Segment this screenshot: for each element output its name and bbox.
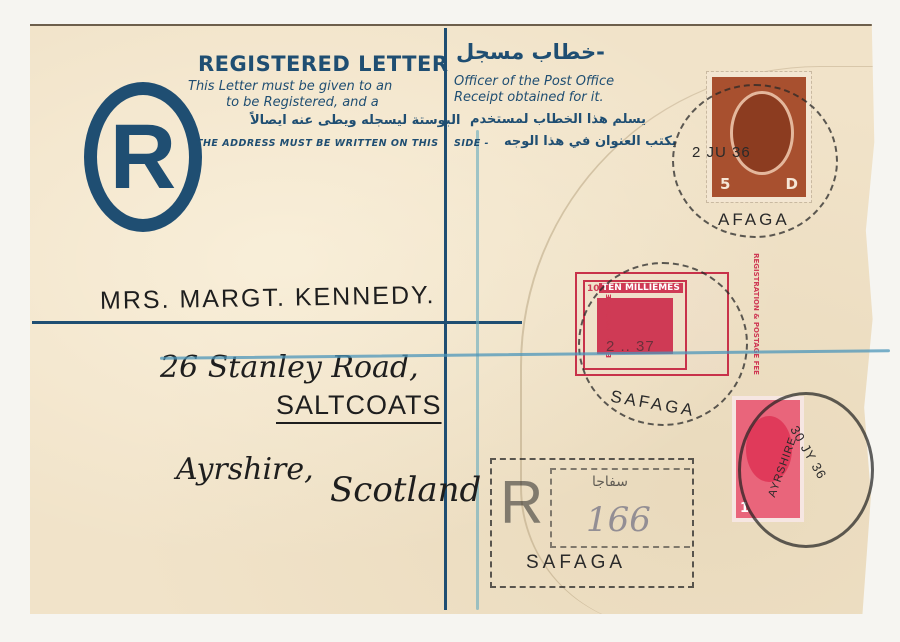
address-line — [32, 321, 522, 324]
indicium-fee-label: REGISTRATION & POSTAGE FEE — [752, 253, 760, 375]
registered-r-emblem: R — [84, 82, 202, 232]
address-note-right: SIDE - — [454, 138, 489, 149]
title-english: REGISTERED LETTER — [198, 52, 449, 76]
recipient-region: Ayrshire, — [176, 452, 314, 487]
registration-number-box: سفاجا 166 — [550, 468, 690, 548]
instruction-arabic-right-2: يكتب العنوان في هذا الوجه — [504, 134, 677, 149]
instruction-right-2: Receipt obtained for it. — [454, 90, 604, 106]
instruction-left-2: to be Registered, and a — [226, 95, 379, 111]
registration-arabic-office: سفاجا — [592, 474, 628, 490]
postmark-date: 2 JU 36 — [692, 144, 751, 161]
postmark-town: SAFAGA — [609, 387, 697, 422]
emblem-letter: R — [110, 111, 176, 203]
registration-number: 166 — [586, 500, 651, 540]
recipient-country: Scotland — [330, 470, 481, 510]
registration-handstamp: R سفاجا 166 SAFAGA — [490, 458, 694, 588]
instruction-left-1: This Letter must be given to an — [188, 79, 392, 95]
postmark-safaga-2: 2 .. 37 SAFAGA — [578, 262, 748, 426]
postmark-safaga-1: 2 JU 36 AFAGA — [672, 84, 838, 238]
registration-r: R — [500, 468, 543, 537]
recipient-town: SALTCOATS — [276, 390, 442, 421]
postmark-ayrshire: 30 JY 36 AYRSHIRE — [738, 392, 874, 548]
address-note-left: THE ADDRESS MUST BE WRITTEN ON THIS — [196, 138, 439, 149]
instruction-arabic-right-1: يسلم هذا الخطاب لمستخدم — [470, 112, 646, 127]
registration-office: SAFAGA — [526, 552, 626, 574]
title-arabic: خطاب مسجل- — [456, 40, 605, 64]
instruction-arabic-left: البوستة ليسجله ويطى عنه ايصالاً — [250, 113, 460, 128]
postmark-town: AYRSHIRE — [766, 435, 799, 499]
instruction-right-1: Officer of the Post Office — [454, 74, 614, 90]
postmark-town: AFAGA — [718, 210, 790, 230]
recipient-name: MRS. MARGT. KENNEDY. — [100, 281, 436, 316]
blue-crayon-vertical — [476, 130, 479, 610]
